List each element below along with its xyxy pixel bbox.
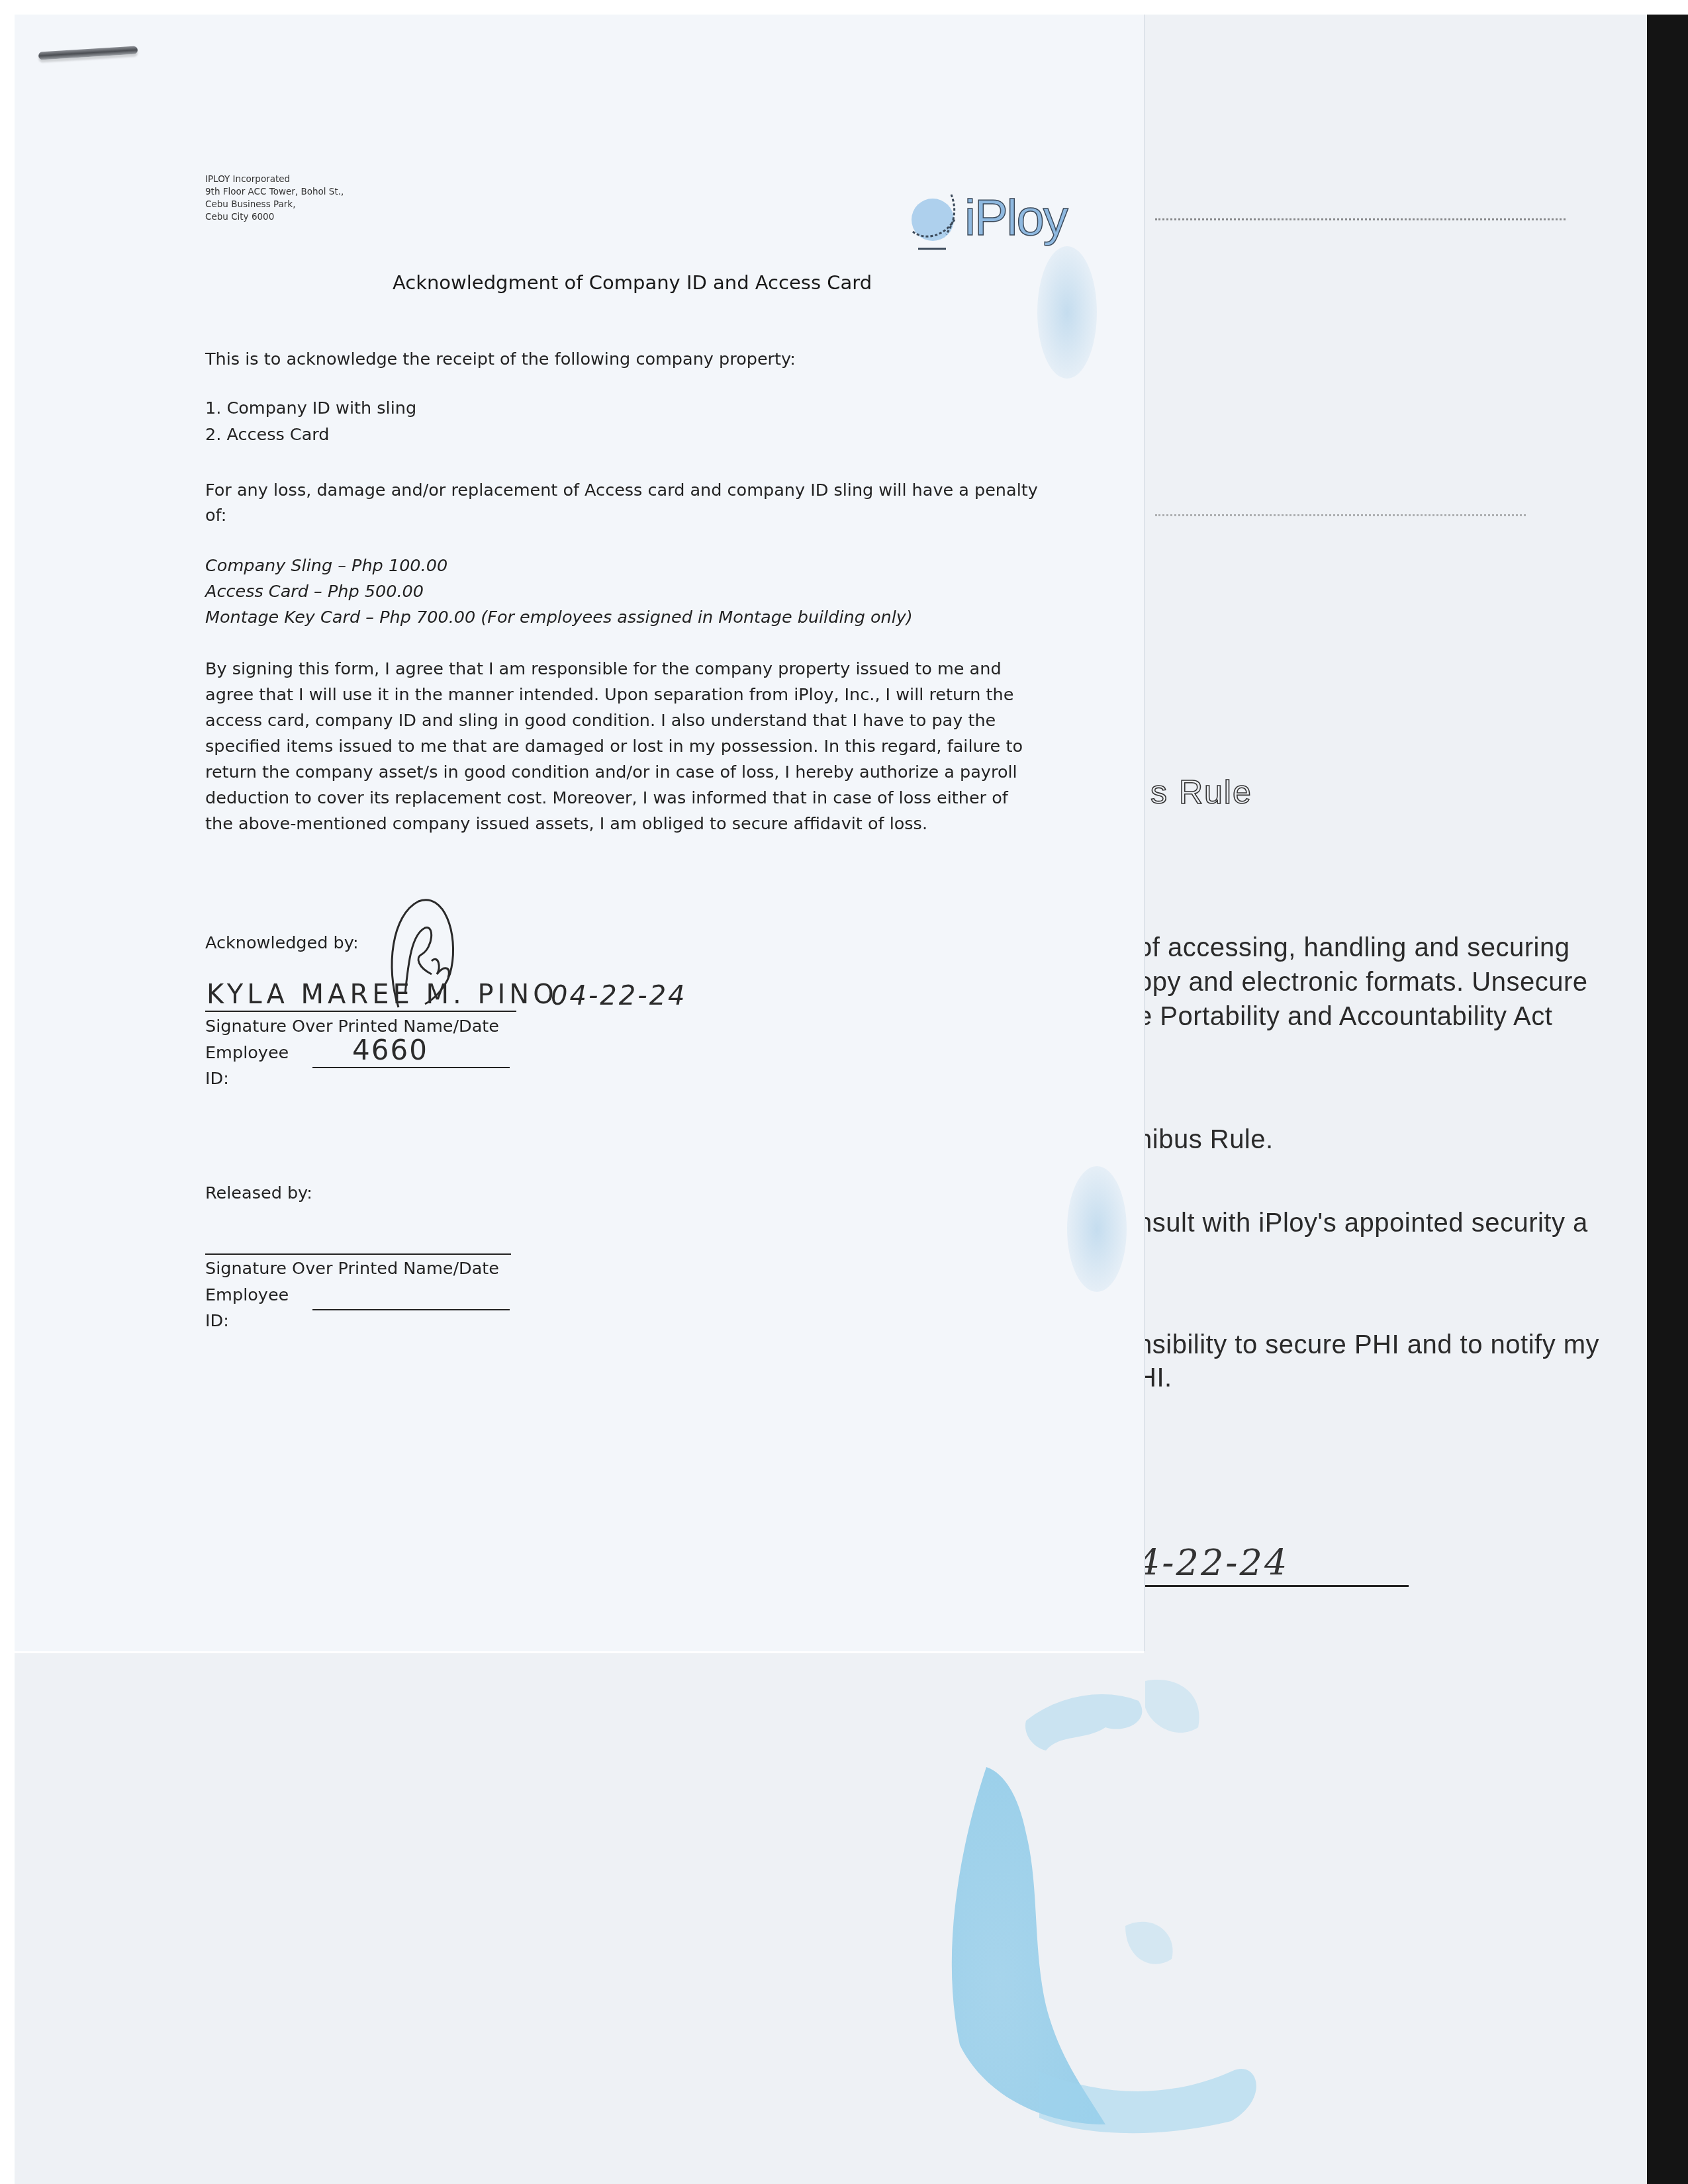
agreement-line: agree that I will use it in the manner i… — [205, 682, 1059, 708]
employee-id-label: Employee ID: — [205, 1283, 311, 1334]
property-item: 2. Access Card — [205, 422, 1059, 448]
address-line: Cebu City 6000 — [205, 211, 344, 224]
signature-caption: Signature Over Printed Name/Date — [205, 1256, 1059, 1282]
employee-id-line — [312, 1309, 510, 1310]
agreement-line: the above-mentioned company issued asset… — [205, 811, 1059, 837]
scanner-edge — [1647, 15, 1688, 2184]
ink-smudge — [1067, 1166, 1127, 1292]
scan-top-margin — [0, 0, 1688, 15]
released-by-label: Released by: — [205, 1181, 1059, 1206]
employee-id-line — [312, 1067, 510, 1068]
employee-id-label: Employee ID: — [205, 1040, 311, 1092]
penalty-intro-line: For any loss, damage and/or replacement … — [205, 478, 1059, 504]
back-body-line: nsibility to secure PHI and to notify my — [1137, 1330, 1599, 1360]
page-title: Acknowledgment of Company ID and Access … — [15, 271, 1144, 294]
back-handwritten-date: 4-22-24 — [1137, 1542, 1289, 1584]
logo-wordmark: iPloy — [964, 189, 1067, 247]
address-line: Cebu Business Park, — [205, 199, 344, 211]
agreement-line: By signing this form, I agree that I am … — [205, 657, 1059, 682]
handwritten-date: 04-22-24 — [551, 981, 687, 1011]
signature-caption: Signature Over Printed Name/Date — [205, 1014, 1059, 1040]
agreement-line: deduction to cover its replacement cost.… — [205, 786, 1059, 811]
globe-watermark-icon — [887, 1635, 1377, 2151]
scan-left-margin — [0, 15, 15, 2184]
signature-line — [205, 1253, 511, 1255]
back-body-line: nsult with iPloy's appointed security a — [1137, 1208, 1588, 1238]
signature-line — [205, 1011, 516, 1012]
penalty-item: Access Card – Php 500.00 — [205, 579, 1059, 605]
penalty-item: Montage Key Card – Php 700.00 (For emplo… — [205, 605, 1059, 631]
faint-dotted-line — [1155, 218, 1566, 222]
back-body-line: of accessing, handling and securing — [1137, 933, 1570, 963]
acknowledged-by-label: Acknowledged by: — [205, 931, 377, 956]
back-heading-fragment: s Rule — [1150, 773, 1252, 811]
company-address: IPLOY Incorporated 9th Floor ACC Tower, … — [205, 173, 344, 224]
intro-text: This is to acknowledge the receipt of th… — [205, 347, 1059, 373]
back-body-line: opy and electronic formats. Unsecure — [1137, 968, 1588, 997]
company-logo: iPloy — [905, 188, 1123, 254]
property-item: 1. Company ID with sling — [205, 396, 1059, 422]
handwritten-printed-name: KYLA MAREE M. PINO — [207, 979, 558, 1010]
agreement-line: return the company asset/s in good condi… — [205, 760, 1059, 786]
penalty-intro-line: of: — [205, 503, 1059, 529]
employee-id-value: 4660 — [352, 1034, 428, 1066]
address-line: IPLOY Incorporated — [205, 173, 344, 186]
penalty-item: Company Sling – Php 100.00 — [205, 553, 1059, 579]
faint-dotted-line — [1155, 514, 1526, 518]
agreement-line: specified items issued to me that are da… — [205, 734, 1059, 760]
back-body-line: nibus Rule. — [1137, 1125, 1274, 1155]
front-page: IPLOY Incorporated 9th Floor ACC Tower, … — [15, 15, 1144, 1651]
globe-logo-icon — [905, 188, 964, 254]
address-line: 9th Floor ACC Tower, Bohol St., — [205, 186, 344, 199]
agreement-line: access card, company ID and sling in goo… — [205, 708, 1059, 734]
back-date-underline — [1137, 1585, 1409, 1587]
staple-icon — [38, 46, 138, 60]
back-body-line: e Portability and Accountability Act — [1137, 1002, 1552, 1032]
